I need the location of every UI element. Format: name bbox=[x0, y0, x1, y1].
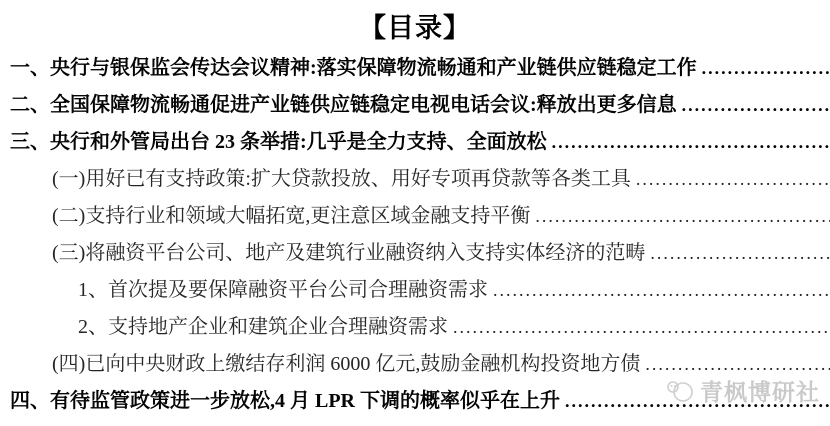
toc-item-3[interactable]: 三、央行和外管局出台 23 条举措:几乎是全力支持、全面放松 .........… bbox=[0, 130, 830, 154]
toc-item-3-2[interactable]: (二)支持行业和领域大幅拓宽,更注意区域金融支持平衡 .............… bbox=[0, 204, 830, 228]
toc-item-label: (二)支持行业和领域大幅拓宽,更注意区域金融支持平衡 bbox=[52, 204, 530, 228]
toc-item-label: 一、央行与银保监会传达会议精神:落实保障物流畅通和产业链供应链稳定工作 bbox=[10, 56, 697, 80]
leader-dots: ........................................… bbox=[493, 278, 830, 302]
toc-item-label: 二、全国保障物流畅通促进产业链供应链稳定电视电话会议:释放出更多信息 bbox=[10, 93, 677, 117]
leader-dots: ........................................… bbox=[453, 315, 830, 339]
toc-item-label: (四)已向中央财政上缴结存利润 6000 亿元,鼓励金融机构投资地方债 bbox=[52, 352, 640, 376]
toc-item-label: (一)用好已有支持政策:扩大贷款投放、用好专项再贷款等各类工具 bbox=[52, 167, 631, 191]
page-title: 【目录】 bbox=[0, 0, 830, 45]
toc-item-3-4[interactable]: (四)已向中央财政上缴结存利润 6000 亿元,鼓励金融机构投资地方债 ....… bbox=[0, 352, 830, 376]
toc-item-3-3-2[interactable]: 2、支持地产企业和建筑企业合理融资需求 ....................… bbox=[0, 315, 830, 339]
watermark-logo-icon bbox=[665, 378, 695, 404]
watermark: 青枫博研社 bbox=[665, 374, 820, 407]
toc-item-label: 四、有待监管政策进一步放松,4 月 LPR 下调的概率似乎在上升 bbox=[10, 389, 560, 413]
leader-dots: ........................................… bbox=[702, 56, 830, 80]
toc-item-label: 1、首次提及要保障融资平台公司合理融资需求 bbox=[78, 278, 488, 302]
leader-dots: ........................................… bbox=[682, 93, 830, 117]
toc-item-3-1[interactable]: (一)用好已有支持政策:扩大贷款投放、用好专项再贷款等各类工具 ........… bbox=[0, 167, 830, 191]
toc-item-label: (三)将融资平台公司、地产及建筑行业融资纳入支持实体经济的范畴 bbox=[52, 241, 645, 265]
toc-item-2[interactable]: 二、全国保障物流畅通促进产业链供应链稳定电视电话会议:释放出更多信息 .....… bbox=[0, 93, 830, 117]
toc-item-3-3-1[interactable]: 1、首次提及要保障融资平台公司合理融资需求 ..................… bbox=[0, 278, 830, 302]
leader-dots: ........................................… bbox=[645, 352, 830, 376]
watermark-text: 青枫博研社 bbox=[700, 374, 820, 407]
toc-item-3-3[interactable]: (三)将融资平台公司、地产及建筑行业融资纳入支持实体经济的范畴 ........… bbox=[0, 241, 830, 265]
toc-item-label: 2、支持地产企业和建筑企业合理融资需求 bbox=[78, 315, 448, 339]
leader-dots: ........................................… bbox=[552, 130, 830, 154]
toc-item-label: 三、央行和外管局出台 23 条举措:几乎是全力支持、全面放松 bbox=[10, 130, 547, 154]
leader-dots: ........................................… bbox=[650, 241, 830, 265]
leader-dots: ........................................… bbox=[636, 167, 830, 191]
toc-page: 【目录】 一、央行与银保监会传达会议精神:落实保障物流畅通和产业链供应链稳定工作… bbox=[0, 0, 830, 426]
toc-item-1[interactable]: 一、央行与银保监会传达会议精神:落实保障物流畅通和产业链供应链稳定工作 ....… bbox=[0, 56, 830, 80]
leader-dots: ........................................… bbox=[535, 204, 830, 228]
table-of-contents: 一、央行与银保监会传达会议精神:落实保障物流畅通和产业链供应链稳定工作 ....… bbox=[0, 56, 830, 426]
